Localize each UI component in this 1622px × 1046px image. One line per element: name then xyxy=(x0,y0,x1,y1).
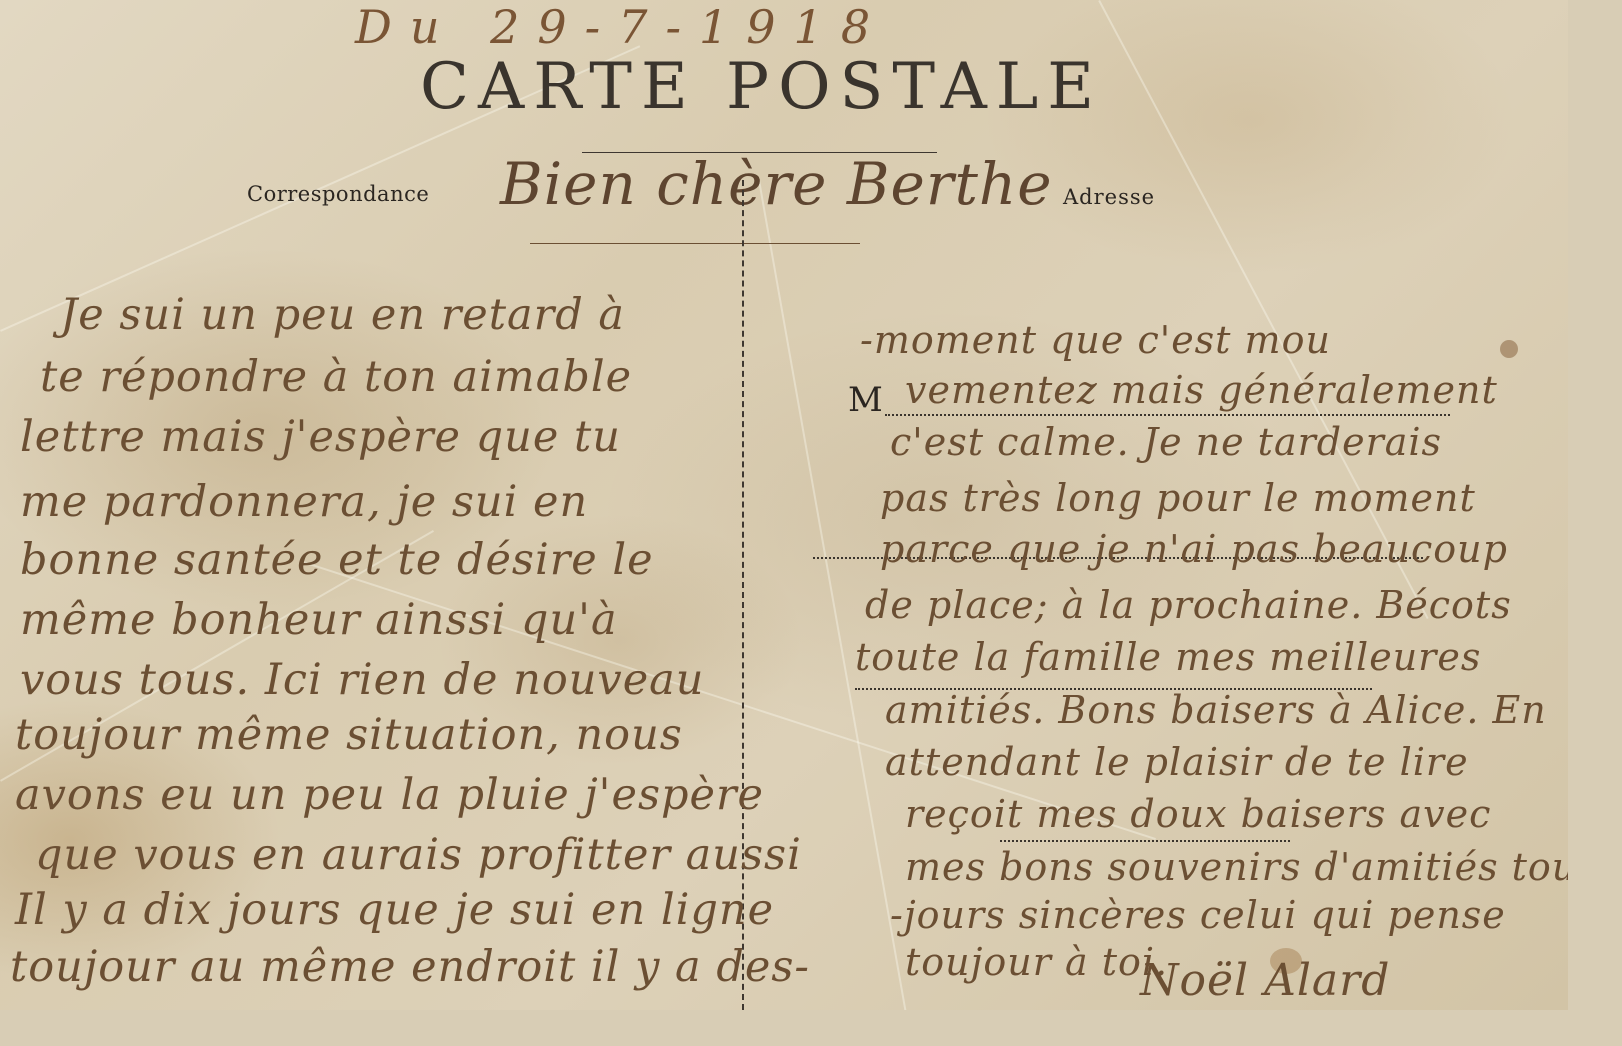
letter-line: toujour à toi. xyxy=(905,940,1168,984)
letter-line: mes bons souvenirs d'amitiés tou- xyxy=(905,845,1568,889)
letter-line: -moment que c'est mou xyxy=(860,318,1331,362)
letter-line: attendant le plaisir de te lire xyxy=(885,740,1469,784)
letter-line: Il y a dix jours que je sui en ligne xyxy=(15,885,774,935)
letter-line: parce que je n'ai pas beaucoup xyxy=(880,527,1508,571)
card-title: CARTE POSTALE xyxy=(420,50,1103,124)
letter-line: toute la famille mes meilleures xyxy=(855,635,1481,679)
correspondence-label: Correspondance xyxy=(247,182,429,206)
letter-line: même bonheur ainssi qu'à xyxy=(20,595,618,645)
letter-line: toujour au même endroit il y a des- xyxy=(10,942,810,992)
address-line-4 xyxy=(1000,840,1290,842)
letter-line: amitiés. Bons baisers à Alice. En xyxy=(885,688,1547,732)
letter-line: bonne santée et te désire le xyxy=(20,535,654,585)
signature: Noël Alard xyxy=(1140,955,1390,1006)
letter-line: reçoit mes doux baisers avec xyxy=(905,792,1491,836)
salutation-underline xyxy=(530,243,860,244)
letter-line: que vous en aurais profitter aussi xyxy=(35,830,802,880)
letter-line: lettre mais j'espère que tu xyxy=(20,412,621,462)
letter-line: c'est calme. Je ne tarderais xyxy=(890,420,1442,464)
letter-line: vous tous. Ici rien de nouveau xyxy=(20,655,704,705)
letter-line: -jours sincères celui qui pense xyxy=(890,893,1506,937)
letter-line: avons eu un peu la pluie j'espère xyxy=(15,770,764,820)
letter-line: pas très long pour le moment xyxy=(880,476,1476,520)
letter-line: de place; à la prochaine. Bécots xyxy=(865,583,1512,627)
address-line-1 xyxy=(885,414,1450,416)
letter-line: vementez mais généralement xyxy=(905,368,1498,412)
postcard: Du 29-7-1918 CARTE POSTALE Correspondanc… xyxy=(0,0,1568,1010)
recipient-prefix: M xyxy=(848,380,883,420)
handwritten-date: Du 29-7-1918 xyxy=(355,0,888,54)
paper-stain xyxy=(1500,340,1518,358)
letter-line: Je sui un peu en retard à xyxy=(60,290,625,340)
letter-line: te répondre à ton aimable xyxy=(40,352,632,402)
letter-line: toujour même situation, nous xyxy=(15,710,683,760)
address-label: Adresse xyxy=(1063,185,1155,209)
salutation: Bien chère Berthe xyxy=(500,150,1053,218)
letter-line: me pardonnera, je sui en xyxy=(20,477,588,527)
